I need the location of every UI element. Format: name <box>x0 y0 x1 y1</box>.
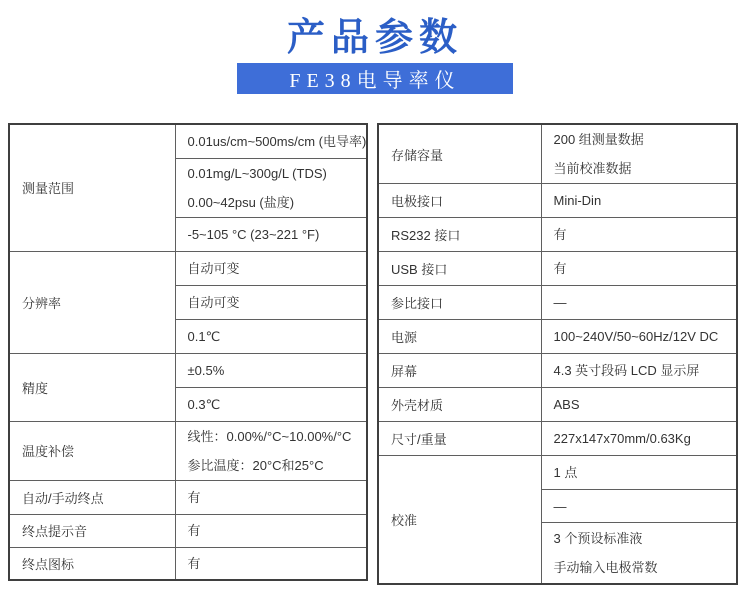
spec-value: 0.01mg/L~300g/L (TDS) 0.00~42psu (盐度) <box>175 158 367 217</box>
spec-label-screen: 屏幕 <box>378 354 541 388</box>
spec-value: 有 <box>175 547 367 580</box>
table-row: 电源 100~240V/50~60Hz/12V DC <box>378 320 737 354</box>
table-row: 屏幕 4.3 英寸段码 LCD 显示屏 <box>378 354 737 388</box>
spec-value: — <box>541 490 737 523</box>
table-row: 尺寸/重量 227x147x70mm/0.63Kg <box>378 422 737 456</box>
product-model-label: FE38电导率仪 <box>289 64 460 93</box>
table-row: RS232 接口 有 <box>378 218 737 252</box>
spec-label-size-weight: 尺寸/重量 <box>378 422 541 456</box>
table-row: 参比接口 — <box>378 286 737 320</box>
spec-value: 有 <box>541 218 737 252</box>
table-row: 外壳材质 ABS <box>378 388 737 422</box>
spec-value: 有 <box>541 252 737 286</box>
spec-label-case-material: 外壳材质 <box>378 388 541 422</box>
spec-label-resolution: 分辨率 <box>9 251 175 353</box>
table-row: 精度 ±0.5% <box>9 353 367 387</box>
spec-label-electrode-port: 电极接口 <box>378 184 541 218</box>
table-row: 分辨率 自动可变 <box>9 251 367 285</box>
spec-value: 100~240V/50~60Hz/12V DC <box>541 320 737 354</box>
spec-label-reference-port: 参比接口 <box>378 286 541 320</box>
page-title: 产品参数 <box>0 6 750 61</box>
table-row: 终点提示音 有 <box>9 514 367 547</box>
spec-value: -5~105 °C (23~221 °F) <box>175 217 367 251</box>
spec-value: 0.01us/cm~500ms/cm (电导率) <box>175 124 367 158</box>
spec-value: 线性：0.00%/°C~10.00%/°C 参比温度：20°C和25°C <box>175 421 367 480</box>
spec-label-measure-range: 测量范围 <box>9 124 175 251</box>
table-row: 校准 1 点 <box>378 456 737 490</box>
spec-label-endpoint-beep: 终点提示音 <box>9 514 175 547</box>
product-banner: FE38电导率仪 <box>237 63 513 94</box>
table-row: 电极接口 Mini-Din <box>378 184 737 218</box>
table-row: 温度补偿 线性：0.00%/°C~10.00%/°C 参比温度：20°C和25°… <box>9 421 367 480</box>
spec-value: 4.3 英寸段码 LCD 显示屏 <box>541 354 737 388</box>
spec-value: ABS <box>541 388 737 422</box>
spec-label-rs232-port: RS232 接口 <box>378 218 541 252</box>
spec-value: 自动可变 <box>175 251 367 285</box>
spec-value: — <box>541 286 737 320</box>
product-spec-page: 产品参数 FE38电导率仪 测量范围 0.01us/cm~500ms/cm (电… <box>0 0 750 601</box>
spec-value: ±0.5% <box>175 353 367 387</box>
spec-value: 0.1℃ <box>175 319 367 353</box>
spec-value: 自动可变 <box>175 285 367 319</box>
spec-label-accuracy: 精度 <box>9 353 175 421</box>
spec-value: 有 <box>175 514 367 547</box>
table-row: USB 接口 有 <box>378 252 737 286</box>
table-row: 终点图标 有 <box>9 547 367 580</box>
spec-table-right: 存储容量 200 组测量数据 当前校准数据 电极接口 Mini-Din RS23… <box>377 123 738 585</box>
spec-label-power: 电源 <box>378 320 541 354</box>
spec-value: 1 点 <box>541 456 737 490</box>
spec-label-endpoint-icon: 终点图标 <box>9 547 175 580</box>
spec-label-storage: 存储容量 <box>378 124 541 184</box>
table-row: 自动/手动终点 有 <box>9 480 367 514</box>
table-row: 测量范围 0.01us/cm~500ms/cm (电导率) <box>9 124 367 158</box>
table-row: 存储容量 200 组测量数据 当前校准数据 <box>378 124 737 184</box>
spec-value: 227x147x70mm/0.63Kg <box>541 422 737 456</box>
spec-label-calibration: 校准 <box>378 456 541 584</box>
spec-label-usb-port: USB 接口 <box>378 252 541 286</box>
spec-value: 0.3℃ <box>175 387 367 421</box>
spec-value: 3 个预设标准液 手动输入电极常数 <box>541 523 737 584</box>
spec-value: 200 组测量数据 当前校准数据 <box>541 124 737 184</box>
spec-value: 有 <box>175 480 367 514</box>
spec-label-endpoint-mode: 自动/手动终点 <box>9 480 175 514</box>
spec-table-left: 测量范围 0.01us/cm~500ms/cm (电导率) 0.01mg/L~3… <box>8 123 368 581</box>
spec-label-temp-compensation: 温度补偿 <box>9 421 175 480</box>
spec-value: Mini-Din <box>541 184 737 218</box>
